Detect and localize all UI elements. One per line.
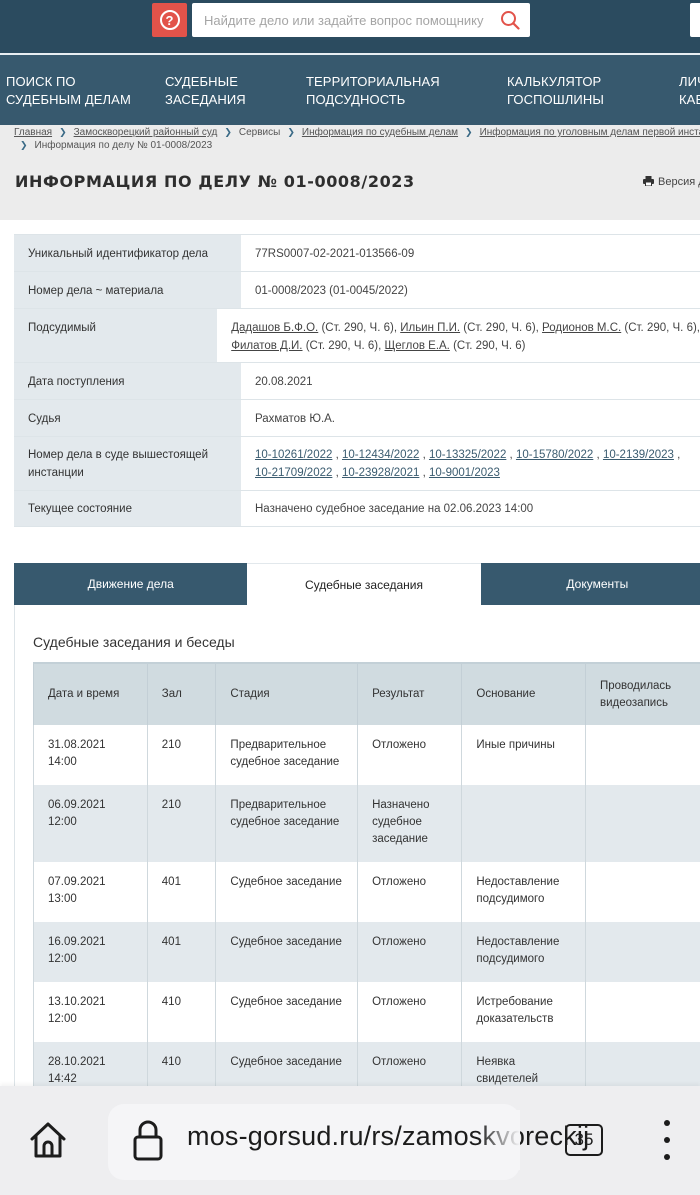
table-row: 16.09.2021 12:00401Судебное заседаниеОтл…: [34, 922, 700, 982]
tab-switcher-button[interactable]: 35: [565, 1124, 603, 1156]
info-row-case-number: Номер дела ~ материала 01-0008/2023 (01-…: [14, 272, 700, 309]
session-hall: 401: [147, 862, 216, 922]
main-nav: ПОИСК ПО СУДЕБНЫМ ДЕЛАМ СУДЕБНЫЕ ЗАСЕДАН…: [0, 55, 700, 125]
info-label: Текущее состояние: [14, 491, 241, 526]
case-info-table: Уникальный идентификатор дела 77RS0007-0…: [14, 234, 700, 527]
higher-court-case-link[interactable]: 10-9001/2023: [429, 467, 500, 479]
session-hall: 401: [147, 922, 216, 982]
defendant-article: (Ст. 290, Ч. 6): [321, 322, 393, 334]
judge-value: Рахматов Ю.А.: [241, 400, 700, 436]
chevron-right-icon: ❯: [59, 125, 67, 139]
defendant-link[interactable]: Щеглов Е.А.: [384, 340, 449, 352]
breadcrumb-case-info[interactable]: Информация по судебным делам: [302, 127, 458, 138]
session-result: Отложено: [358, 922, 462, 982]
session-stage: Судебное заседание: [216, 982, 358, 1042]
printer-icon: [643, 176, 654, 186]
sessions-table: Дата и время Зал Стадия Результат Основа…: [33, 662, 700, 1102]
nav-item-case-search[interactable]: ПОИСК ПО СУДЕБНЫМ ДЕЛАМ: [6, 73, 131, 109]
session-datetime: 07.09.2021 13:00: [34, 862, 148, 922]
unique-id-value: 77RS0007-02-2021-013566-09: [241, 235, 700, 271]
info-row-received: Дата поступления 20.08.2021: [14, 363, 700, 400]
session-basis: [462, 785, 586, 862]
session-hall: 210: [147, 725, 216, 785]
column-header-stage: Стадия: [216, 663, 358, 725]
case-tabs: Движение дела Судебные заседания Докумен…: [14, 563, 700, 605]
defendant-article: (Ст. 290, Ч. 6): [463, 322, 535, 334]
column-header-datetime: Дата и время: [34, 663, 148, 725]
search-input[interactable]: [204, 3, 494, 37]
session-basis: Иные причины: [462, 725, 586, 785]
top-header: ?: [0, 0, 700, 53]
nav-item-fee-calculator[interactable]: КАЛЬКУЛЯТОР ГОСПОШЛИНЫ: [507, 73, 604, 109]
nav-item-jurisdiction[interactable]: ТЕРРИТОРИАЛЬНАЯ ПОДСУДНОСТЬ: [306, 73, 440, 109]
defendant-article: (Ст. 290, Ч. 6): [453, 340, 525, 352]
session-video: [586, 725, 700, 785]
session-result: Отложено: [358, 982, 462, 1042]
higher-court-case-link[interactable]: 10-15780/2022: [516, 449, 593, 461]
info-row-unique-id: Уникальный идентификатор дела 77RS0007-0…: [14, 235, 700, 272]
tab-documents[interactable]: Документы: [481, 563, 700, 605]
page-title: ИНФОРМАЦИЯ ПО ДЕЛУ № 01-0008/2023: [15, 172, 415, 191]
defendant-article: (Ст. 290, Ч. 6): [624, 322, 696, 334]
table-header-row: Дата и время Зал Стадия Результат Основа…: [34, 663, 700, 725]
info-label: Судья: [14, 400, 241, 436]
chevron-right-icon: ❯: [20, 140, 28, 151]
table-row: 13.10.2021 12:00410Судебное заседаниеОтл…: [34, 982, 700, 1042]
session-basis: Недоставление подсудимого: [462, 862, 586, 922]
home-icon[interactable]: [28, 1119, 68, 1161]
url-text[interactable]: mos-gorsud.ru/rs/zamoskvoreckij: [187, 1121, 589, 1152]
session-video: [586, 785, 700, 862]
higher-court-case-link[interactable]: 10-23928/2021: [342, 467, 419, 479]
search-icon[interactable]: [500, 10, 520, 30]
info-row-status: Текущее состояние Назначено судебное зас…: [14, 491, 700, 527]
tab-court-sessions[interactable]: Судебные заседания: [247, 563, 480, 605]
breadcrumb-current: Информация по делу № 01-0008/2023: [35, 140, 213, 151]
higher-court-case-link[interactable]: 10-21709/2022: [255, 467, 332, 479]
print-version-link[interactable]: Версия для печати: [643, 176, 700, 188]
defendants-value: Дадашов Б.Ф.О. (Ст. 290, Ч. 6), Ильин П.…: [217, 309, 700, 362]
higher-court-case-link[interactable]: 10-12434/2022: [342, 449, 419, 461]
breadcrumb: Главная❯Замоскворецкий районный суд❯Серв…: [14, 125, 700, 140]
breadcrumb-services: Сервисы: [239, 127, 280, 138]
higher-court-case-link[interactable]: 10-2139/2023: [603, 449, 674, 461]
defendant-link[interactable]: Родионов М.С.: [542, 322, 621, 334]
search-box: [192, 3, 530, 37]
chevron-right-icon: ❯: [224, 125, 232, 139]
breadcrumb-criminal-cases[interactable]: Информация по уголовным делам первой инс…: [480, 127, 700, 138]
info-label: Номер дела ~ материала: [14, 272, 241, 308]
session-result: Отложено: [358, 862, 462, 922]
column-header-hall: Зал: [147, 663, 216, 725]
column-header-result: Результат: [358, 663, 462, 725]
info-row-higher-court: Номер дела в суде вышестоящей инстанции …: [14, 437, 700, 491]
session-result: Назначено судебное заседание: [358, 785, 462, 862]
print-version-label: Версия для печати: [658, 176, 700, 188]
session-stage: Предварительное судебное заседание: [216, 725, 358, 785]
chevron-right-icon: ❯: [465, 125, 473, 139]
info-label: Номер дела в суде вышестоящей инстанции: [14, 437, 241, 490]
nav-item-personal-account[interactable]: ЛИЧ КАБ: [679, 73, 700, 109]
column-header-video: Проводилась видеозапись: [586, 663, 700, 725]
session-stage: Судебное заседание: [216, 862, 358, 922]
defendant-link[interactable]: Ильин П.И.: [400, 322, 460, 334]
table-row: 31.08.2021 14:00210Предварительное судеб…: [34, 725, 700, 785]
defendant-link[interactable]: Дадашов Б.Ф.О.: [231, 322, 318, 334]
session-datetime: 31.08.2021 14:00: [34, 725, 148, 785]
case-number-value: 01-0008/2023 (01-0045/2022): [241, 272, 700, 308]
breadcrumb-current-row: ❯Информация по делу № 01-0008/2023: [20, 140, 212, 151]
higher-court-numbers: 10-10261/2022 , 10-12434/2022 , 10-13325…: [241, 437, 700, 490]
session-datetime: 13.10.2021 12:00: [34, 982, 148, 1042]
help-button[interactable]: ?: [152, 3, 187, 37]
tab-case-movement[interactable]: Движение дела: [14, 563, 247, 605]
breadcrumb-court[interactable]: Замоскворецкий районный суд: [74, 127, 218, 138]
url-fade: [478, 1110, 520, 1170]
info-label: Уникальный идентификатор дела: [14, 235, 241, 271]
session-hall: 210: [147, 785, 216, 862]
session-video: [586, 922, 700, 982]
defendant-link[interactable]: Филатов Д.И.: [231, 340, 302, 352]
column-header-basis: Основание: [462, 663, 586, 725]
page: ? ПОИСК ПО СУДЕБНЫМ ДЕЛАМ СУДЕБНЫЕ ЗАСЕД…: [0, 0, 700, 1195]
higher-court-case-link[interactable]: 10-10261/2022: [255, 449, 332, 461]
question-icon: ?: [160, 10, 180, 30]
session-hall: 410: [147, 982, 216, 1042]
sessions-title: Судебные заседания и беседы: [33, 634, 235, 650]
info-label: Подсудимый: [14, 309, 217, 362]
session-datetime: 06.09.2021 12:00: [34, 785, 148, 862]
higher-court-case-link[interactable]: 10-13325/2022: [429, 449, 506, 461]
session-stage: Судебное заседание: [216, 922, 358, 982]
table-row: 07.09.2021 13:00401Судебное заседаниеОтл…: [34, 862, 700, 922]
session-basis: Недоставление подсудимого: [462, 922, 586, 982]
lock-icon[interactable]: [132, 1119, 164, 1161]
chevron-right-icon: ❯: [287, 125, 295, 139]
info-row-judge: Судья Рахматов Ю.А.: [14, 400, 700, 437]
session-video: [586, 862, 700, 922]
session-stage: Предварительное судебное заседание: [216, 785, 358, 862]
breadcrumb-home[interactable]: Главная: [14, 127, 52, 138]
session-video: [586, 982, 700, 1042]
session-datetime: 16.09.2021 12:00: [34, 922, 148, 982]
received-date-value: 20.08.2021: [241, 363, 700, 399]
info-label: Дата поступления: [14, 363, 241, 399]
more-menu-icon[interactable]: [658, 1120, 676, 1160]
session-result: Отложено: [358, 725, 462, 785]
nav-item-court-sessions[interactable]: СУДЕБНЫЕ ЗАСЕДАНИЯ: [165, 73, 246, 109]
header-right-button[interactable]: [690, 3, 700, 37]
status-value: Назначено судебное заседание на 02.06.20…: [241, 491, 700, 526]
table-row: 06.09.2021 12:00210Предварительное судеб…: [34, 785, 700, 862]
info-row-defendant: Подсудимый Дадашов Б.Ф.О. (Ст. 290, Ч. 6…: [14, 309, 700, 363]
session-basis: Истребование доказательств: [462, 982, 586, 1042]
defendant-article: (Ст. 290, Ч. 6): [306, 340, 378, 352]
